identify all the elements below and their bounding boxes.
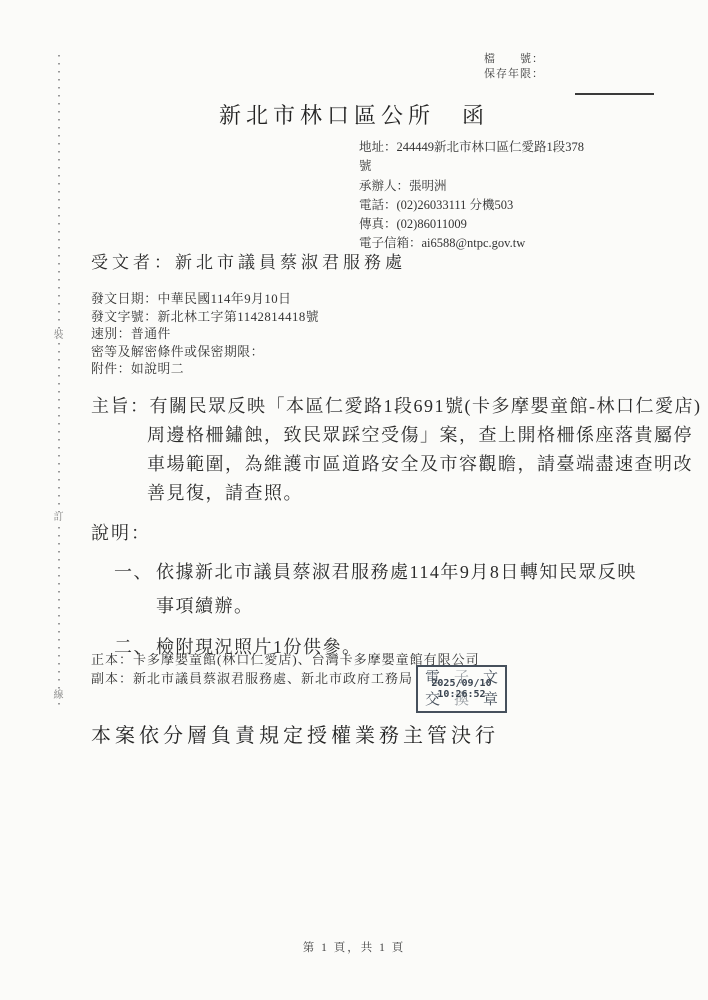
explanation-label: 說明：: [91, 518, 651, 548]
stamp-date: 2025/09/10: [431, 678, 491, 689]
subject-section: 主旨：有關民眾反映「本區仁愛路1段691號(卡多摩嬰童館-林口仁愛店)周邊格柵鏽…: [91, 392, 703, 508]
explanation-item: 一、 依據新北市議員蔡淑君服務處114年9月8日轉知民眾反映事項續辦。: [114, 555, 651, 623]
page-footer: 第 1 頁，共 1 頁: [0, 939, 708, 955]
sender-address-line2: 號: [359, 157, 584, 176]
subject-label: 主旨：: [91, 396, 150, 416]
file-number-label: 檔 號：: [484, 52, 544, 67]
recipient-line: 受文者：新北市議員蔡淑君服務處: [91, 248, 406, 273]
document-title: 新北市林口區公所 函: [0, 99, 708, 130]
file-block-underline: [575, 93, 654, 95]
sender-contact-info: 地址：244449新北市林口區仁愛路1段378 號 承辦人：張明洲 電話：(02…: [359, 138, 584, 254]
file-number-block: 檔 號： 保存年限：: [484, 52, 544, 82]
sender-phone: 電話：(02)26033111 分機503: [359, 196, 584, 215]
binding-mark-xian: 線: [53, 690, 64, 702]
doc-meta: 發文日期：中華民國114年9月10日 發文字號：新北林工字第1142814418…: [91, 291, 319, 379]
official-letter-page: 裝 訂 線 檔 號： 保存年限： 新北市林口區公所 函 地址：244449新北市…: [0, 0, 708, 1000]
doc-number-line: 發文字號：新北林工字第1142814418號: [91, 309, 319, 327]
explanation-item-number: 一、: [114, 555, 156, 623]
explanation-item-text: 依據新北市議員蔡淑君服務處114年9月8日轉知民眾反映事項續辦。: [156, 555, 651, 623]
binding-mark-zhuang: 裝: [53, 330, 64, 342]
binding-mark-ding: 訂: [53, 512, 64, 524]
binding-dotted-line: [58, 55, 60, 705]
subject-text: 有關民眾反映「本區仁愛路1段691號(卡多摩嬰童館-林口仁愛店)周邊格柵鏽蝕，致…: [147, 396, 701, 503]
priority-line: 速別：普通件: [91, 326, 319, 344]
sender-fax: 傳真：(02)86011009: [359, 215, 584, 234]
stamp-time: 10:26:52: [437, 689, 485, 700]
attachment-line: 附件：如說明二: [91, 361, 319, 379]
sender-contact-person: 承辦人：張明洲: [359, 177, 584, 196]
authorization-note: 本案依分層負責規定授權業務主管決行: [91, 719, 499, 748]
issue-date-line: 發文日期：中華民國114年9月10日: [91, 291, 319, 309]
retention-period-label: 保存年限：: [484, 67, 544, 82]
sender-address-line1: 地址：244449新北市林口區仁愛路1段378: [359, 138, 584, 157]
binding-margin: 裝 訂 線: [53, 55, 64, 705]
explanation-section: 說明： 一、 依據新北市議員蔡淑君服務處114年9月8日轉知民眾反映事項續辦。 …: [91, 518, 651, 664]
electronic-exchange-stamp: 電 子 文 交 換 章 2025/09/10 10:26:52: [416, 665, 507, 713]
classification-line: 密等及解密條件或保密期限：: [91, 344, 319, 362]
stamp-datetime: 2025/09/10 10:26:52: [418, 667, 505, 711]
